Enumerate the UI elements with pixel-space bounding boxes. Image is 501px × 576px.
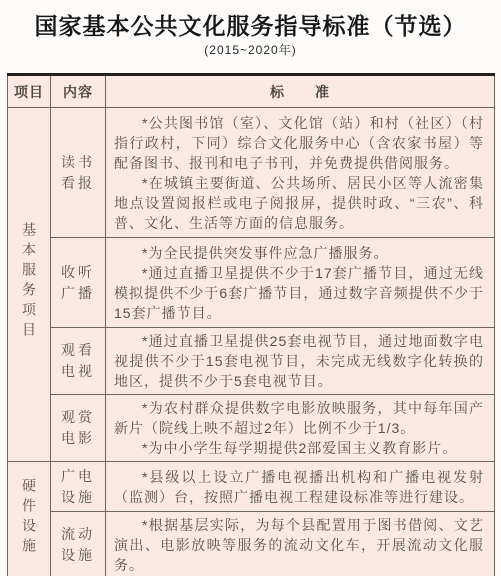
standard-paragraph: *为农村群众提供数字电影放映服务，其中每年国产新片（院线上映不超过2年）比例不少… bbox=[114, 398, 484, 438]
content-label-tv: 观看 电视 bbox=[51, 328, 106, 395]
standard-paragraph: *公共图书馆（室）、文化馆（站）和村（社区）（村指行政村，下同）综合文化服务中心… bbox=[114, 113, 484, 173]
standard-text-reading: *公共图书馆（室）、文化馆（站）和村（社区）（村指行政村，下同）综合文化服务中心… bbox=[106, 108, 495, 238]
content-label-radio: 收听 广播 bbox=[51, 238, 106, 328]
content-label-mobile-facilities: 流动 设施 bbox=[51, 512, 106, 576]
standard-paragraph: *通过直播卫星提供不少于17套广播节目，通过无线模拟提供不少于6套广播节目，通过… bbox=[114, 263, 484, 323]
content-label-broadcast-facilities: 广电 设施 bbox=[51, 462, 106, 512]
standard-text-mobile-facilities: *根据基层实际，为每个县配置用于图书借阅、文艺演出、电影放映等服务的流动文化车，… bbox=[106, 512, 495, 576]
column-header-standard: 标 准 bbox=[106, 75, 495, 108]
standard-paragraph: *在城镇主要街道、公共场所、居民小区等人流密集地点设置阅报栏或电子阅报屏，提供时… bbox=[114, 173, 484, 233]
table-row-mobile-facilities: 流动 设施 *根据基层实际，为每个县配置用于图书借阅、文艺演出、电影放映等服务的… bbox=[8, 512, 495, 576]
content-label-reading: 读书 看报 bbox=[51, 108, 106, 238]
table-row-reading: 基本服务项目 读书 看报 *公共图书馆（室）、文化馆（站）和村（社区）（村指行政… bbox=[8, 108, 495, 238]
standard-paragraph: *通过直播卫星提供25套电视节目，通过地面数字电视提供不少于15套电视节目，未完… bbox=[114, 331, 484, 391]
project-group-label: 硬件设施 bbox=[22, 478, 36, 558]
standards-table: 项目 内容 标 准 基本服务项目 读书 看报 *公共图书馆（室）、文化馆（站）和… bbox=[7, 73, 495, 576]
project-group-label: 基本服务项目 bbox=[22, 222, 36, 342]
standard-paragraph: *为全民提供突发事件应急广播服务。 bbox=[114, 243, 484, 263]
page-subtitle: (2015~2020年) bbox=[0, 42, 501, 58]
table-header-row: 项目 内容 标 准 bbox=[8, 75, 495, 108]
standard-paragraph: *县级以上设立广播电视播出机构和广播电视发射（监测）台，按照广播电视工程建设标准… bbox=[114, 467, 484, 507]
standard-text-film: *为农村群众提供数字电影放映服务，其中每年国产新片（院线上映不超过2年）比例不少… bbox=[106, 395, 495, 462]
project-group-basic-services: 基本服务项目 bbox=[8, 108, 51, 462]
standard-paragraph: *根据基层实际，为每个县配置用于图书借阅、文艺演出、电影放映等服务的流动文化车，… bbox=[114, 515, 484, 575]
standard-text-tv: *通过直播卫星提供25套电视节目，通过地面数字电视提供不少于15套电视节目，未完… bbox=[106, 328, 495, 395]
standard-paragraph: *为中小学生每学期提供2部爱国主义教育影片。 bbox=[114, 438, 484, 458]
standard-text-radio: *为全民提供突发事件应急广播服务。 *通过直播卫星提供不少于17套广播节目，通过… bbox=[106, 238, 495, 328]
content-label-film: 观赏 电影 bbox=[51, 395, 106, 462]
column-header-project: 项目 bbox=[8, 75, 51, 108]
document-page: 国家基本公共文化服务指导标准（节选） (2015~2020年) 项目 内容 标 … bbox=[0, 0, 501, 576]
page-title: 国家基本公共文化服务指导标准（节选） bbox=[0, 0, 501, 41]
column-header-content: 内容 bbox=[51, 75, 106, 108]
project-group-hardware: 硬件设施 bbox=[8, 462, 51, 576]
table-row-broadcast-facilities: 硬件设施 广电 设施 *县级以上设立广播电视播出机构和广播电视发射（监测）台，按… bbox=[8, 462, 495, 512]
standard-text-broadcast-facilities: *县级以上设立广播电视播出机构和广播电视发射（监测）台，按照广播电视工程建设标准… bbox=[106, 462, 495, 512]
table-row-tv: 观看 电视 *通过直播卫星提供25套电视节目，通过地面数字电视提供不少于15套电… bbox=[8, 328, 495, 395]
table-row-radio: 收听 广播 *为全民提供突发事件应急广播服务。 *通过直播卫星提供不少于17套广… bbox=[8, 238, 495, 328]
table-row-film: 观赏 电影 *为农村群众提供数字电影放映服务，其中每年国产新片（院线上映不超过2… bbox=[8, 395, 495, 462]
